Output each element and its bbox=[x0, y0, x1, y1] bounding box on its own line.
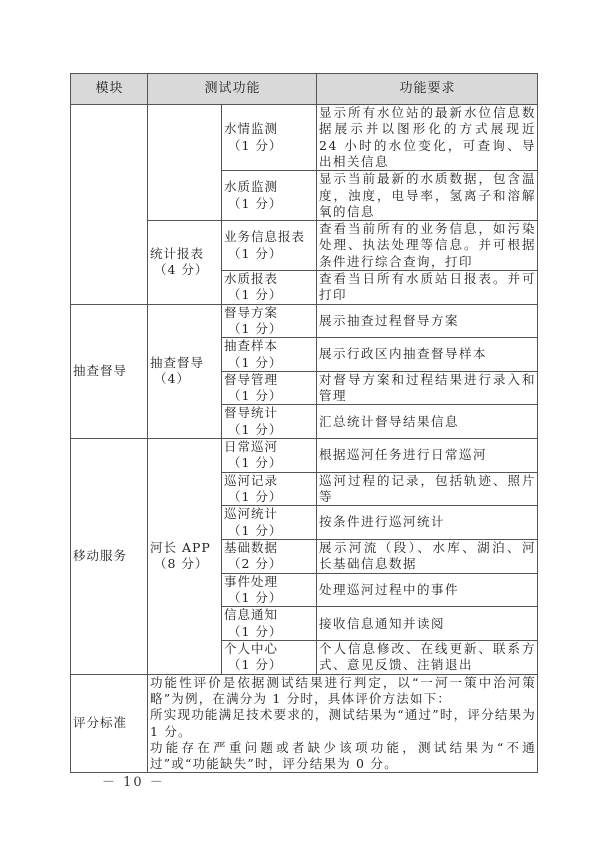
requirement-cell: 查看当前所有的业务信息，如污染处理、执法处理等信息。并可根据条件进行综合查询，打… bbox=[317, 221, 538, 271]
group-name: 河长 APP bbox=[150, 540, 211, 555]
function-cell: 基础数据 （2 分） bbox=[222, 539, 317, 573]
function-cell: 水质报表 （1 分） bbox=[222, 271, 317, 305]
function-cell: 督导方案 （1 分） bbox=[222, 304, 317, 338]
evaluation-row: 评分标准 功能性评价是依据测试结果进行判定，以“一河一策中治河策略”为例，在满分… bbox=[71, 674, 538, 773]
function-name: 信息通知 bbox=[224, 607, 278, 622]
group-cell: 河长 APP （8 分） bbox=[148, 439, 222, 675]
group-cell bbox=[148, 105, 222, 221]
requirement-cell: 对督导方案和过程结果进行录入和管理 bbox=[317, 371, 538, 405]
function-name: 督导统计 bbox=[224, 405, 278, 420]
requirement-cell: 根据巡河任务进行日常巡河 bbox=[317, 439, 538, 473]
table-header-row: 模块 测试功能 功能要求 bbox=[71, 74, 538, 105]
function-score: （1 分） bbox=[224, 624, 315, 640]
requirement-cell: 显示所有水位站的最新水位信息数据展示并以图形化的方式展现近 24 小时的水位变化… bbox=[317, 105, 538, 171]
function-score: （1 分） bbox=[224, 321, 315, 337]
requirement-cell: 汇总统计督导结果信息 bbox=[317, 405, 538, 439]
function-cell: 事件处理 （1 分） bbox=[222, 573, 317, 607]
requirement-cell: 显示当前最新的水质数据，包含温度，浊度，电导率，氢离子和溶解氧的信息 bbox=[317, 171, 538, 221]
function-score: （1 分） bbox=[224, 523, 315, 539]
function-score: （1 分） bbox=[224, 388, 315, 404]
requirement-cell: 个人信息修改、在线更新、联系方式、意见反馈、注销退出 bbox=[317, 641, 538, 675]
function-cell: 督导统计 （1 分） bbox=[222, 405, 317, 439]
function-name: 事件处理 bbox=[224, 574, 278, 589]
function-cell: 信息通知 （1 分） bbox=[222, 607, 317, 641]
requirement-cell: 接收信息通知并读阅 bbox=[317, 607, 538, 641]
function-name: 业务信息报表 bbox=[224, 229, 305, 244]
group-name: 抽查督导 bbox=[150, 355, 204, 370]
group-name: 统计报表 bbox=[150, 246, 204, 261]
table-row: 水情监测 （1 分） 显示所有水位站的最新水位信息数据展示并以图形化的方式展现近… bbox=[71, 105, 538, 171]
requirement-cell: 巡河过程的记录，包括轨迹、照片等 bbox=[317, 472, 538, 506]
function-name: 巡河统计 bbox=[224, 506, 278, 521]
group-cell: 统计报表 （4 分） bbox=[148, 221, 222, 304]
requirement-cell: 处理巡河过程中的事件 bbox=[317, 573, 538, 607]
evaluation-label: 评分标准 bbox=[71, 674, 148, 773]
function-score: （1 分） bbox=[224, 246, 315, 262]
group-score: （8 分） bbox=[150, 556, 220, 572]
function-cell: 水质监测 （1 分） bbox=[222, 171, 317, 221]
function-name: 水质报表 bbox=[224, 271, 278, 286]
function-name: 巡河记录 bbox=[224, 473, 278, 488]
function-name: 日常巡河 bbox=[224, 439, 278, 454]
function-name: 基础数据 bbox=[224, 540, 278, 555]
group-score: （4） bbox=[150, 371, 220, 387]
scoring-table: 模块 测试功能 功能要求 水情监测 （1 分） 显示所有水位站的最新水位信息数据… bbox=[70, 73, 538, 773]
function-cell: 个人中心 （1 分） bbox=[222, 641, 317, 675]
group-score: （4 分） bbox=[150, 262, 220, 278]
group-cell: 抽查督导 （4） bbox=[148, 304, 222, 438]
function-name: 督导方案 bbox=[224, 305, 278, 320]
evaluation-paragraph: 所实现功能满足技术要求的，测试结果为“通过”时，评分结果为 1 分。 bbox=[150, 707, 536, 740]
function-score: （1 分） bbox=[224, 138, 315, 154]
function-cell: 巡河统计 （1 分） bbox=[222, 506, 317, 540]
function-name: 抽查样本 bbox=[224, 338, 278, 353]
function-score: （1 分） bbox=[224, 196, 315, 212]
function-name: 水质监测 bbox=[224, 179, 278, 194]
header-module: 模块 bbox=[71, 74, 148, 105]
function-name: 个人中心 bbox=[224, 641, 278, 656]
requirement-cell: 按条件进行巡河统计 bbox=[317, 506, 538, 540]
function-score: （1 分） bbox=[224, 590, 315, 606]
function-name: 督导管理 bbox=[224, 372, 278, 387]
function-cell: 水情监测 （1 分） bbox=[222, 105, 317, 171]
header-test-function: 测试功能 bbox=[148, 74, 317, 105]
function-cell: 日常巡河 （1 分） bbox=[222, 439, 317, 473]
module-cell bbox=[71, 105, 148, 305]
function-score: （1 分） bbox=[224, 355, 315, 371]
evaluation-paragraph: 功能性评价是依据测试结果进行判定，以“一河一策中治河策略”为例，在满分为 1 分… bbox=[150, 675, 536, 708]
function-score: （1 分） bbox=[224, 287, 315, 303]
page-number: － 10 － bbox=[102, 771, 165, 790]
function-cell: 督导管理 （1 分） bbox=[222, 371, 317, 405]
evaluation-text: 功能性评价是依据测试结果进行判定，以“一河一策中治河策略”为例，在满分为 1 分… bbox=[148, 674, 538, 773]
function-score: （1 分） bbox=[224, 657, 315, 673]
function-name: 水情监测 bbox=[224, 121, 278, 136]
requirement-cell: 展示行政区内抽查督导样本 bbox=[317, 338, 538, 372]
function-score: （1 分） bbox=[224, 422, 315, 438]
module-cell: 抽查督导 bbox=[71, 304, 148, 438]
function-cell: 抽查样本 （1 分） bbox=[222, 338, 317, 372]
function-score: （1 分） bbox=[224, 489, 315, 505]
function-cell: 业务信息报表 （1 分） bbox=[222, 221, 317, 271]
function-cell: 巡河记录 （1 分） bbox=[222, 472, 317, 506]
module-cell: 移动服务 bbox=[71, 439, 148, 675]
evaluation-paragraph: 功能存在严重问题或者缺少该项功能，测试结果为“不通过”或“功能缺失”时，评分结果… bbox=[150, 740, 536, 773]
requirement-cell: 展示抽查过程督导方案 bbox=[317, 304, 538, 338]
function-score: （2 分） bbox=[224, 556, 315, 572]
header-requirement: 功能要求 bbox=[317, 74, 538, 105]
table-row: 移动服务 河长 APP （8 分） 日常巡河 （1 分） 根据巡河任务进行日常巡… bbox=[71, 439, 538, 473]
requirement-cell: 展示河流（段）、水库、湖泊、河长基础信息数据 bbox=[317, 539, 538, 573]
requirement-cell: 查看当日所有水质站日报表。并可打印 bbox=[317, 271, 538, 305]
function-score: （1 分） bbox=[224, 455, 315, 471]
table-row: 抽查督导 抽查督导 （4） 督导方案 （1 分） 展示抽查过程督导方案 bbox=[71, 304, 538, 338]
